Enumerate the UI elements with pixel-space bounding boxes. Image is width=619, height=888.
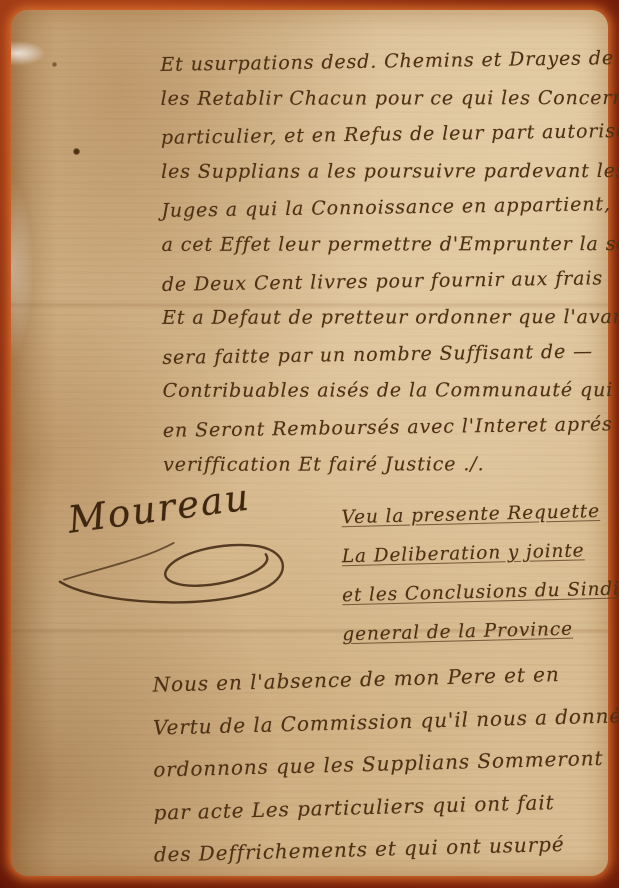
manuscript-line: Juges a qui la Connoissance en appartien… [161, 186, 619, 229]
manuscript-paper: Et usurpations desd. Chemins et Drayes d… [11, 10, 608, 876]
main-text-block: Et usurpations desd. Chemins et Drayes d… [160, 42, 619, 484]
signature: Moureau [53, 478, 304, 610]
bottom-text-block: Nous en l'absence de mon Pere et enVertu… [153, 656, 619, 872]
manuscript-line: de Deux Cent livres pour fournir aux fra… [162, 260, 619, 303]
manuscript-scan-frame: Et usurpations desd. Chemins et Drayes d… [0, 0, 619, 888]
manuscript-line: en Seront Remboursés avec l'Interet apré… [163, 406, 619, 449]
manuscript-line: Contribuables aisés de la Communauté qui [163, 372, 619, 409]
manuscript-line: general de la Province [342, 608, 619, 654]
manuscript-line: les Retablir Chacun pour ce qui les Conc… [161, 80, 619, 117]
manuscript-line: Veu la presente Requette [341, 491, 619, 537]
manuscript-content: Et usurpations desd. Chemins et Drayes d… [8, 8, 611, 878]
manuscript-line: Et a Defaut de pretteur ordonner que l'a… [162, 299, 619, 336]
manuscript-line: sera faitte par un nombre Suffisant de — [162, 333, 619, 376]
signature-flourish [54, 518, 305, 610]
manuscript-line: Et usurpations desd. Chemins et Drayes d… [160, 40, 619, 83]
margin-note-block: Veu la presente RequetteLa Deliberation … [341, 494, 619, 652]
manuscript-line: a cet Effet leur permettre d'Emprunter l… [162, 226, 619, 263]
manuscript-line: particulier, et en Refus de leur part au… [161, 113, 619, 156]
manuscript-line: les Supplians a les poursuivre pardevant… [161, 153, 619, 190]
manuscript-line: La Deliberation y jointe [341, 530, 619, 576]
manuscript-line: et les Conclusions du Sindic [342, 569, 619, 615]
